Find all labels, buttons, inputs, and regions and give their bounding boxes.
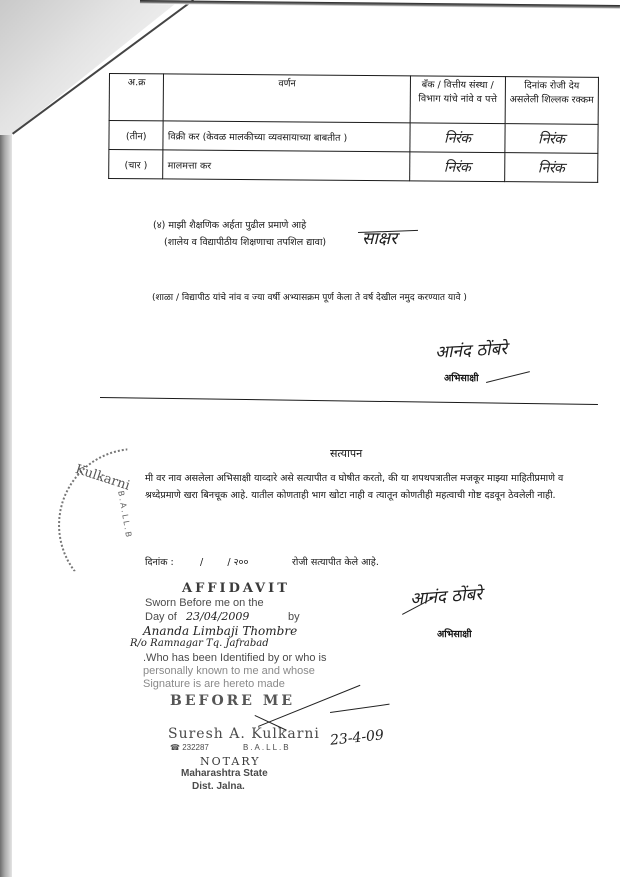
table-header-row: अ.क्र वर्णन बँक / वित्तीय संस्था / विभाग… [109,74,598,125]
header-serial: अ.क्र [109,74,164,121]
affidavit-address-handwritten: R/o Ramnagar Tq. Jafrabad [130,638,269,649]
verification-date-value: / / २०० [200,555,248,568]
affidavit-by: by [288,611,300,623]
verification-date-label: दिनांक : [145,555,174,568]
affidavit-identified-line: .Who has been Identified by or who is [143,652,326,664]
liabilities-table: अ.क्र वर्णन बँक / वित्तीय संस्था / विभाग… [108,73,599,183]
notary-state: Maharashtra State [181,768,268,779]
notary-degree: B.A.LL.B [243,743,291,752]
header-description: वर्णन [164,74,411,123]
deponent-label-2: अभिसाक्षी [437,627,472,640]
row-balance-handwritten: निरंक [538,131,564,147]
education-line-2: (शालेय व विद्यापीठीय शिक्षणाचा तपशिल द्य… [164,235,326,248]
table-row: (चार ) मालमत्ता कर निरंक निरंक [109,150,598,183]
notary-phone: ☎ 232287 [170,743,209,752]
scan-top-edge [140,0,620,9]
notary-signature-stroke [330,704,390,714]
affidavit-known-line: personally known to me and whose [143,665,315,677]
notary-date-handwritten: 23-4-09 [329,727,384,749]
affidavit-signature-line: Signature is are hereto made [143,678,285,690]
header-bank: बँक / वित्तीय संस्था / विभाग यांचे नांवे… [410,76,505,124]
section-divider [100,397,598,405]
verification-paragraph: मी वर नाव असलेला अभिसाक्षी याव्दारे असे … [145,470,585,504]
affidavit-day-prefix: Day of [145,611,177,623]
notary-district: Dist. Jalna. [192,781,245,792]
affidavit-stamp-title: AFFIDAVIT [182,581,290,596]
verification-heading: सत्यापन [330,446,362,461]
affidavit-deponent-name-handwritten: Ananda Limbaji Thombre [143,624,297,638]
deponent-label-1: अभिसाक्षी [444,371,479,384]
notary-name: Suresh A. Kulkarni [168,726,320,742]
education-answer-handwritten: साक्षर [362,226,397,249]
verification-date-suffix: रोजी सत्यापीत केले आहे. [292,555,379,568]
notary-title: NOTARY [200,755,261,768]
affidavit-day-handwritten: 23/04/2009 [186,610,249,623]
row-description: मालमत्ता कर [163,150,410,181]
row-bank-handwritten: निरंक [444,130,470,146]
deponent-signature-1: आनंद ठोंबरे [434,336,507,363]
table-row: (तीन) विक्री कर (केवळ मालकीच्या व्यवसाया… [109,121,598,154]
row-serial: (चार ) [109,150,164,179]
before-me-heading: BEFORE ME [170,693,295,709]
education-note: (शाळा / विद्यापीठ यांचे नांव व ज्या वर्ष… [152,290,467,303]
scanned-affidavit-page: अ.क्र वर्णन बँक / वित्तीय संस्था / विभाग… [0,0,620,877]
row-description: विक्री कर (केवळ मालकीच्या व्यवसायाच्या ब… [163,121,410,152]
signature-tail-stroke [486,371,530,383]
education-line-1: (४) माझी शैक्षणिक अर्हता पुढील प्रमाणे आ… [153,218,306,231]
row-balance-handwritten: निरंक [538,160,564,176]
row-serial: (तीन) [109,121,164,150]
affidavit-sworn-line: Sworn Before me on the [145,597,264,609]
header-balance: दिनांक रोजी देय असलेली शिल्लक रक्कम [505,77,599,125]
row-bank-handwritten: निरंक [444,159,470,175]
